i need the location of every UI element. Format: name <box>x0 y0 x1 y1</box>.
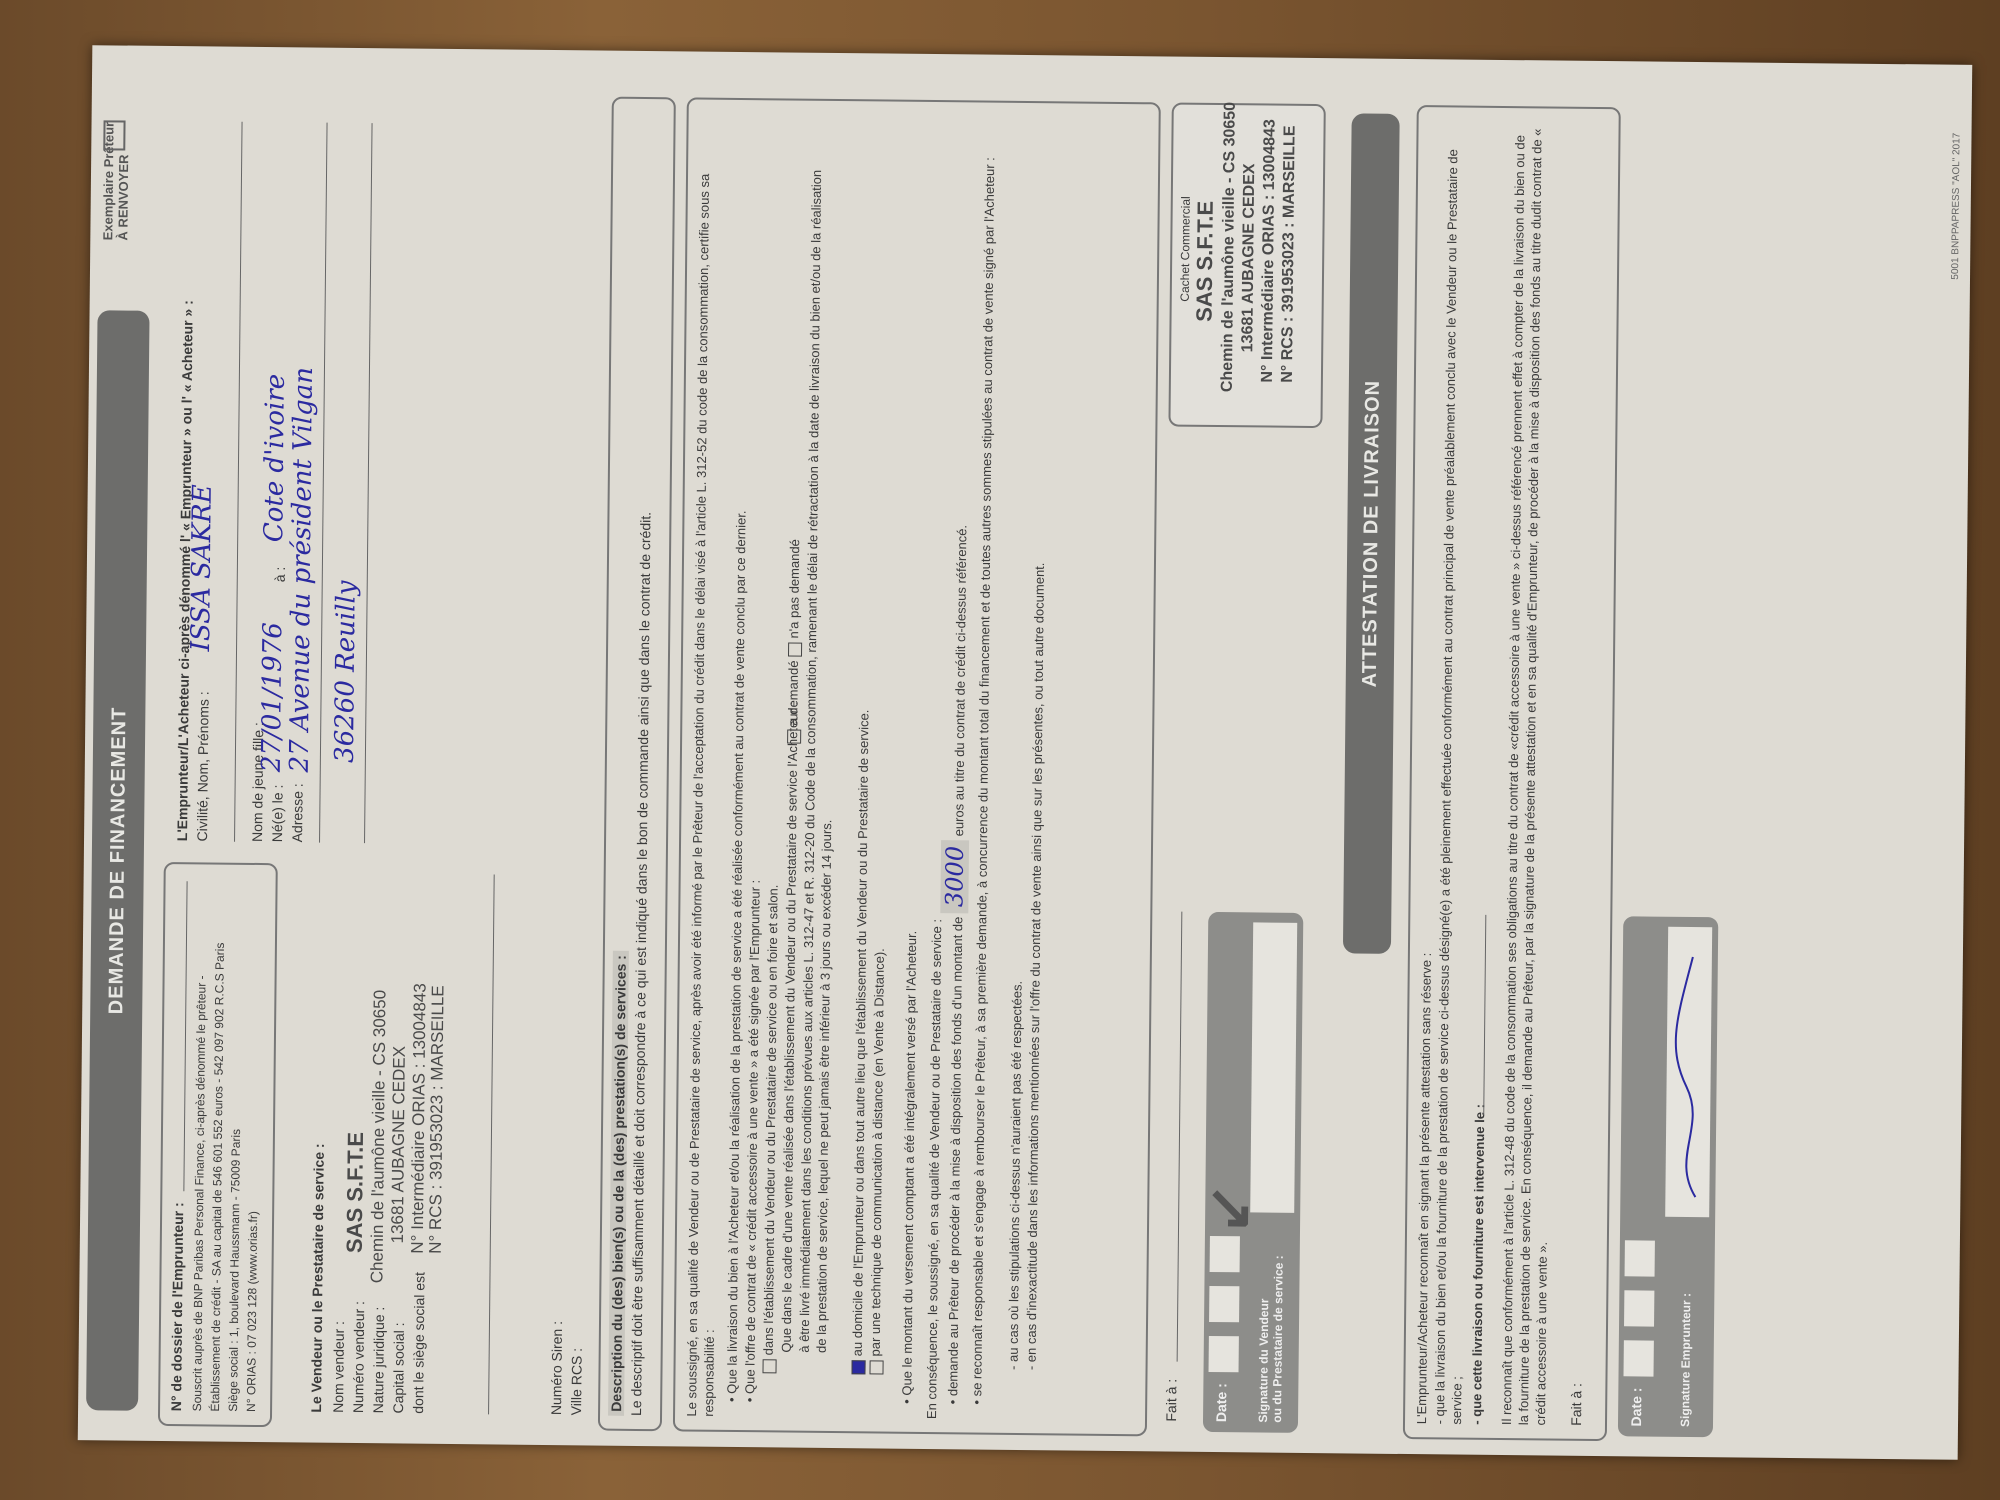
address-line2-field[interactable]: 36260 Reuilly <box>330 580 362 763</box>
vendor-signature-label: Signature du Vendeurou du Prestataire de… <box>1256 1255 1286 1423</box>
vendor-stamp-line: 13681 AUBAGNE CEDEX <box>388 1046 410 1244</box>
form-title: DEMANDE DE FINANCEMENT <box>105 707 131 1015</box>
delivery-month-box[interactable] <box>1624 1290 1654 1326</box>
option-2-checkbox-checked[interactable] <box>851 1360 865 1374</box>
name-label: Civilité, Nom, Prénoms : <box>194 691 212 841</box>
asked-checkbox[interactable] <box>787 730 801 744</box>
vendor-label: dont le siège social est <box>410 1272 427 1414</box>
not-asked-checkbox[interactable] <box>788 642 802 656</box>
option-1-checkbox[interactable] <box>762 1359 776 1373</box>
delivery-year-box[interactable] <box>1625 1240 1655 1276</box>
footer-code: 5001 BNPPAPRESS "AOL" 2017 <box>1950 133 1963 280</box>
delivery-day-box[interactable] <box>1624 1340 1654 1376</box>
vendor-label: Nom vendeur : <box>330 1321 347 1413</box>
borrower-signature-label: Signature Emprunteur : <box>1678 1293 1693 1427</box>
stamp-line: Chemin de l'aumône vieille - CS 30650 <box>1219 102 1240 392</box>
stamp-line: N° Intermédiaire ORIAS : 13004843 <box>1259 119 1280 383</box>
vendor-stamp-name: SAS S.F.T.E <box>342 1132 369 1253</box>
fait-label: Fait à : <box>1163 1379 1179 1422</box>
address-line1-field[interactable]: 27 Avenue du président Vilgan <box>285 367 319 773</box>
date-label: Date : <box>1213 1383 1229 1422</box>
form-page: DEMANDE DE FINANCEMENT Exemplaire Prêteu… <box>78 45 1973 1460</box>
delivery-fait-label: Fait à : <box>1568 1383 1584 1426</box>
vendor-signature-field[interactable] <box>1250 922 1297 1212</box>
born-at-label: à : <box>272 567 288 583</box>
amount-field[interactable]: 3000 <box>940 840 969 913</box>
lender-line: Siège social : 1, boulevard Haussmann - … <box>226 1129 243 1412</box>
lender-line: N° ORIAS : 07 023 128 (www.orias.fr) <box>244 1211 260 1412</box>
option-3-checkbox[interactable] <box>869 1360 883 1374</box>
date-month-box[interactable] <box>1209 1286 1239 1322</box>
date-day-box[interactable] <box>1209 1336 1239 1372</box>
stamp-line: N° RCS : 391953023 : MARSEILLE <box>1279 125 1300 382</box>
birthplace-field[interactable]: Cote d'ivoire <box>259 374 291 543</box>
line <box>364 123 373 843</box>
name-field[interactable]: ISSA SAKRE <box>186 484 218 651</box>
envelope-icon <box>103 120 125 150</box>
vendor-label: Capital social : <box>390 1322 407 1413</box>
delivery-band: ATTESTATION DE LIVRAISON <box>1343 113 1400 953</box>
stamp-name: SAS S.F.T.E <box>1192 201 1219 322</box>
line <box>319 123 328 843</box>
option-1-choices: a demandén'a pas demandé <box>784 539 803 748</box>
borrower-signature-field[interactable] <box>1665 927 1712 1217</box>
vendor-label: Numéro vendeur : <box>350 1301 367 1413</box>
rcs-label: Ville RCS : <box>568 1348 585 1416</box>
delivery-date-label-2: Date : <box>1628 1387 1644 1426</box>
birthdate-field[interactable]: 27/01/1976 <box>257 622 289 772</box>
title-band: DEMANDE DE FINANCEMENT <box>86 310 150 1410</box>
address-label: Adresse : <box>289 783 306 842</box>
stamp-line: 13681 AUBAGNE CEDEX <box>1239 163 1259 352</box>
born-label: Né(e) le : <box>269 785 286 843</box>
arrow-icon: ↘ <box>1205 1172 1256 1243</box>
siren-label: Numéro Siren : <box>548 1321 565 1415</box>
fait-field[interactable] <box>1177 912 1183 1362</box>
vendor-heading: Le Vendeur ou le Prestataire de service … <box>308 1143 327 1412</box>
stamp-title: Cachet Commercial <box>1178 196 1193 302</box>
dossier-label: N° de dossier de l'Emprunteur : <box>168 1202 186 1411</box>
vendor-label: Nature juridique : <box>370 1307 387 1414</box>
delivery-date-label: - que cette livraison ou fourniture est … <box>1468 1104 1488 1425</box>
delivery-title: ATTESTATION DE LIVRAISON <box>1358 380 1384 688</box>
document-paper: DEMANDE DE FINANCEMENT Exemplaire Prêteu… <box>78 45 1973 1460</box>
line <box>234 122 243 842</box>
vendor-stamp-line: N° RCS : 391953023 : MARSEILLE <box>426 985 449 1254</box>
line <box>488 874 495 1414</box>
handwritten-signature-icon <box>1665 927 1712 1217</box>
